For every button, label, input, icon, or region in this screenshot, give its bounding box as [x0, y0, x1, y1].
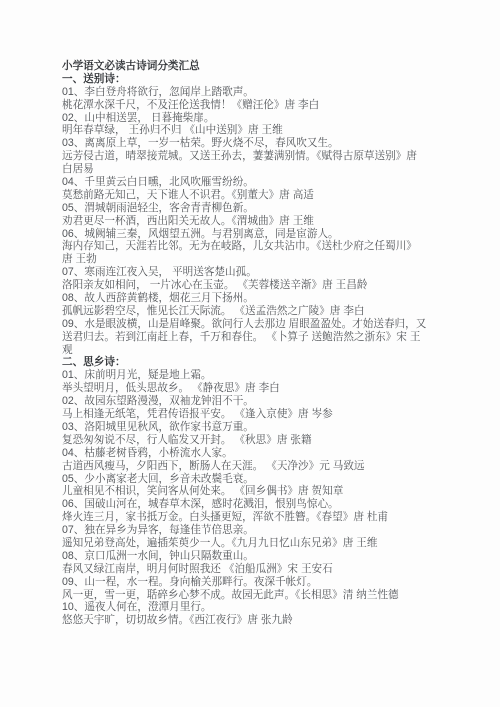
poem-line: 03、离离原上草，一岁一枯荣。野火烧不尽，春风吹又生。 — [62, 137, 444, 150]
poem-line: 唐 王勃 — [62, 253, 444, 266]
document-page: 小学语文必读古诗词分类汇总一、送别诗：01、李白登舟将欲行，忽闻岸上踏歌声。桃花… — [0, 0, 500, 707]
poem-line: 08、故人西辞黄鹤楼，烟花三月下扬州。 — [62, 292, 444, 305]
poem-line: 观 — [62, 344, 444, 357]
poem-line: 莫愁前路无知己，天下谁人不识君。《别董大》唐 高适 — [62, 189, 444, 202]
poem-line: 孤帆远影碧空尽，惟见长江天际流。 《送孟浩然之广陵》唐 李白 — [62, 305, 444, 318]
poem-line: 复恐匆匆说不尽，行人临发又开封。 《秋思》唐 张籍 — [62, 434, 444, 447]
poem-line: 烽火连三月，家书抵万金。白头搔更短，浑欲不胜簪。《春望》唐 杜甫 — [62, 511, 444, 524]
poem-line: 07、寒雨连江夜入吴， 平明送客楚山孤。 — [62, 266, 444, 279]
poem-line: 遥知兄弟登高处，遍插茱萸少一人。《九月九日忆山东兄弟》唐 王维 — [62, 537, 444, 550]
poem-line: 10、遥夜人何在，澄潭月里行。 — [62, 601, 444, 614]
poem-line: 04、千里黄云白日曛，北风吹雁雪纷纷。 — [62, 176, 444, 189]
poem-line: 白居易 — [62, 163, 444, 176]
document-title: 小学语文必读古诗词分类汇总 — [62, 60, 444, 73]
poem-line: 06、国破山河在，城春草木深，感时花溅泪，恨别鸟惊心。 — [62, 498, 444, 511]
poem-line: 09、山一程，水一程。身向榆关那畔行。夜深千帐灯。 — [62, 576, 444, 589]
poem-line: 古道西风瘦马，夕阳西下，断肠人在天涯。 《天净沙》元 马致远 — [62, 460, 444, 473]
poem-line: 04、枯藤老树昏鸦，小桥流水人家。 — [62, 447, 444, 460]
poem-line: 02、山中相送罢， 日暮掩柴扉。 — [62, 112, 444, 125]
poem-line: 海内存知己，天涯若比邻。无为在岐路，儿女共沾巾。《送杜少府之任蜀川》 — [62, 240, 444, 253]
poem-line: 05、少小离家老大回，乡音未改鬓毛衰。 — [62, 473, 444, 486]
poem-line: 马上相逢无纸笔，凭君传语报平安。 《逢入京使》唐 岑参 — [62, 408, 444, 421]
poem-line: 09、水是眼波横，山是眉峰聚。欲问行人去那边 眉眼盈盈处。才始送春归，又 — [62, 318, 444, 331]
poem-line: 06、城阙辅三秦，风烟望五洲。与君别离意，同是宦游人。 — [62, 228, 444, 241]
poem-line: 08、京口瓜洲一水间，钟山只隔数重山。 — [62, 550, 444, 563]
poem-line: 春风又绿江南岸，明月何时照我还 《泊船瓜洲》宋 王安石 — [62, 563, 444, 576]
poem-list: 小学语文必读古诗词分类汇总一、送别诗：01、李白登舟将欲行，忽闻岸上踏歌声。桃花… — [62, 60, 444, 627]
poem-line: 03、洛阳城里见秋风，欲作家书意万重。 — [62, 421, 444, 434]
poem-line: 儿童相见不相识，笑问客从何处来。 《回乡偶书》唐 贺知章 — [62, 485, 444, 498]
section-heading-1: 一、送别诗： — [62, 73, 444, 86]
section-heading-2: 二、思乡诗： — [62, 356, 444, 369]
poem-line: 02、故园东望路漫漫，双袖龙钟泪不干。 — [62, 395, 444, 408]
poem-line: 远芳侵古道，晴翠接荒城。又送王孙去，萋萋满别情。《赋得古原草送别》唐 — [62, 150, 444, 163]
poem-line: 05、渭城朝雨浥轻尘，客舍青青柳色新。 — [62, 202, 444, 215]
poem-line: 07、独在异乡为异客，每逢佳节倍思亲。 — [62, 524, 444, 537]
poem-line: 举头望明月，低头思故乡。 《静夜思》唐 李白 — [62, 382, 444, 395]
poem-line: 桃花潭水深千尺，不及汪伦送我情！《赠汪伦》唐 李白 — [62, 99, 444, 112]
poem-line: 送君归去。若到江南赶上春，千万和春住。 《卜算子 送鲍浩然之浙东》宋 王 — [62, 331, 444, 344]
poem-line: 劝君更尽一杯酒，西出阳关无故人。《渭城曲》唐 王维 — [62, 215, 444, 228]
poem-line: 洛阳亲友如相问， 一片冰心在玉壶。 《芙蓉楼送辛渐》唐 王昌龄 — [62, 279, 444, 292]
poem-line: 悠悠天宇旷，切切故乡情。《西江夜行》唐 张九龄 — [62, 614, 444, 627]
poem-line: 01、床前明月光，疑是地上霜。 — [62, 369, 444, 382]
poem-line: 01、李白登舟将欲行，忽闻岸上踏歌声。 — [62, 86, 444, 99]
poem-line: 明年春草绿， 王孙归不归 《山中送别》唐 王维 — [62, 124, 444, 137]
poem-line: 风一更，雪一更，聒碎乡心梦不成。故园无此声。《长相思》清 纳兰性德 — [62, 589, 444, 602]
